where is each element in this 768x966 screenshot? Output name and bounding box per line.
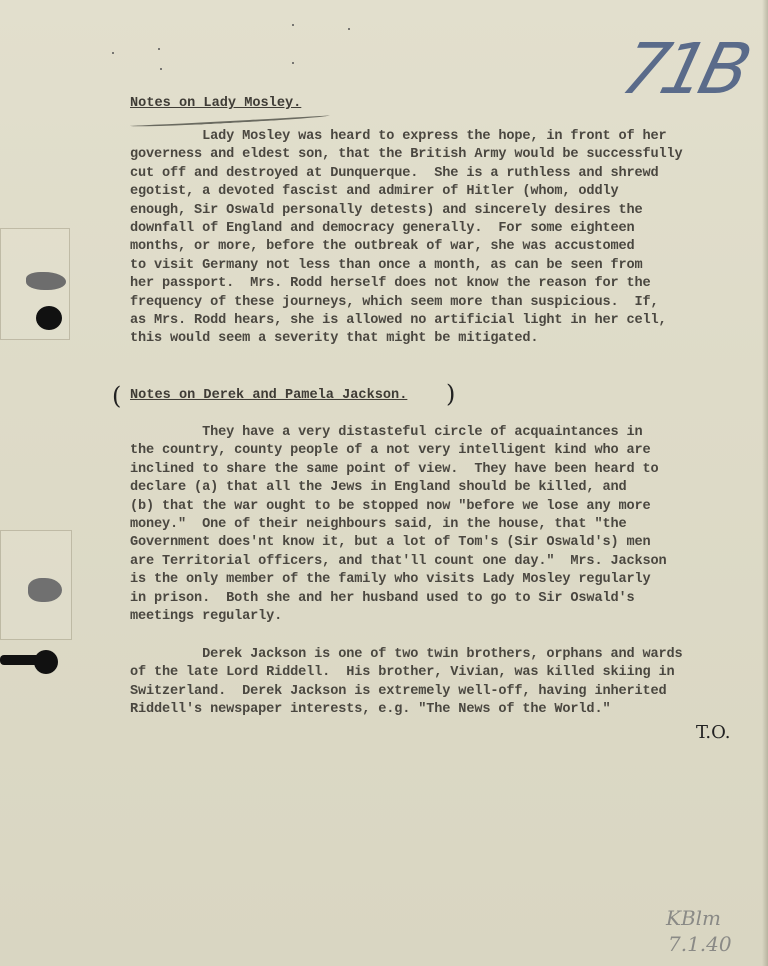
text-line: egotist, a devoted fascist and admirer o…: [130, 183, 683, 201]
ink-speck: [348, 28, 350, 30]
ink-speck: [292, 24, 294, 26]
text-line: of the late Lord Riddell. His brother, V…: [130, 664, 683, 682]
pencil-underline: [130, 113, 330, 128]
section-heading-jackson: Notes on Derek and Pamela Jackson.: [130, 388, 407, 403]
section2-paragraph1: They have a very distasteful circle of a…: [130, 424, 667, 626]
text-line: enough, Sir Oswald personally detests) a…: [130, 202, 683, 220]
text-line: Riddell's newspaper interests, e.g. "The…: [130, 701, 683, 719]
punch-hole: [34, 650, 58, 674]
text-line: (b) that the war ought to be stopped now…: [130, 498, 667, 516]
text-line: are Territorial officers, and that'll co…: [130, 553, 667, 571]
text-line: Lady Mosley was heard to express the hop…: [130, 128, 683, 146]
section2-paragraph2: Derek Jackson is one of two twin brother…: [130, 646, 683, 720]
text-line: her passport. Mrs. Rodd herself does not…: [130, 275, 683, 293]
text-line: this would seem a severity that might be…: [130, 330, 683, 348]
ink-speck: [160, 68, 162, 70]
section-heading-lady-mosley: Notes on Lady Mosley.: [130, 96, 301, 111]
bracket-close-mark: ): [446, 380, 455, 408]
turn-over-annotation: T.O.: [696, 722, 731, 743]
text-line: frequency of these journeys, which seem …: [130, 294, 683, 312]
text-line: the country, county people of a not very…: [130, 442, 667, 460]
date-annotation: 7.1.40: [668, 932, 732, 956]
text-line: in prison. Both she and her husband used…: [130, 590, 667, 608]
ink-speck: [292, 62, 294, 64]
text-line: Government does'nt know it, but a lot of…: [130, 534, 667, 552]
text-line: declare (a) that all the Jews in England…: [130, 479, 667, 497]
ink-speck: [158, 48, 160, 50]
punch-hole: [26, 272, 66, 290]
text-line: is the only member of the family who vis…: [130, 571, 667, 589]
text-line: Switzerland. Derek Jackson is extremely …: [130, 683, 683, 701]
section1-body: Lady Mosley was heard to express the hop…: [130, 128, 683, 349]
page-edge: [762, 0, 768, 966]
text-line: money." One of their neighbours said, in…: [130, 516, 667, 534]
ink-speck: [112, 52, 114, 54]
text-line: meetings regularly.: [130, 608, 667, 626]
text-line: as Mrs. Rodd hears, she is allowed no ar…: [130, 312, 683, 330]
text-line: inclined to share the same point of view…: [130, 461, 667, 479]
text-line: cut off and destroyed at Dunquerque. She…: [130, 165, 683, 183]
text-line: Derek Jackson is one of two twin brother…: [130, 646, 683, 664]
punch-hole: [28, 578, 62, 602]
bracket-open-mark: (: [112, 382, 121, 410]
text-line: downfall of England and democracy genera…: [130, 220, 683, 238]
text-line: They have a very distasteful circle of a…: [130, 424, 667, 442]
punch-hole: [36, 306, 62, 330]
text-line: to visit Germany not less than once a mo…: [130, 257, 683, 275]
initials: KBlm: [666, 906, 721, 930]
folio-number: 71B: [615, 34, 752, 104]
text-line: months, or more, before the outbreak of …: [130, 238, 683, 256]
document-page: 71B Notes on Lady Mosley. Lady Mosley wa…: [0, 0, 768, 966]
text-line: governess and eldest son, that the Briti…: [130, 146, 683, 164]
